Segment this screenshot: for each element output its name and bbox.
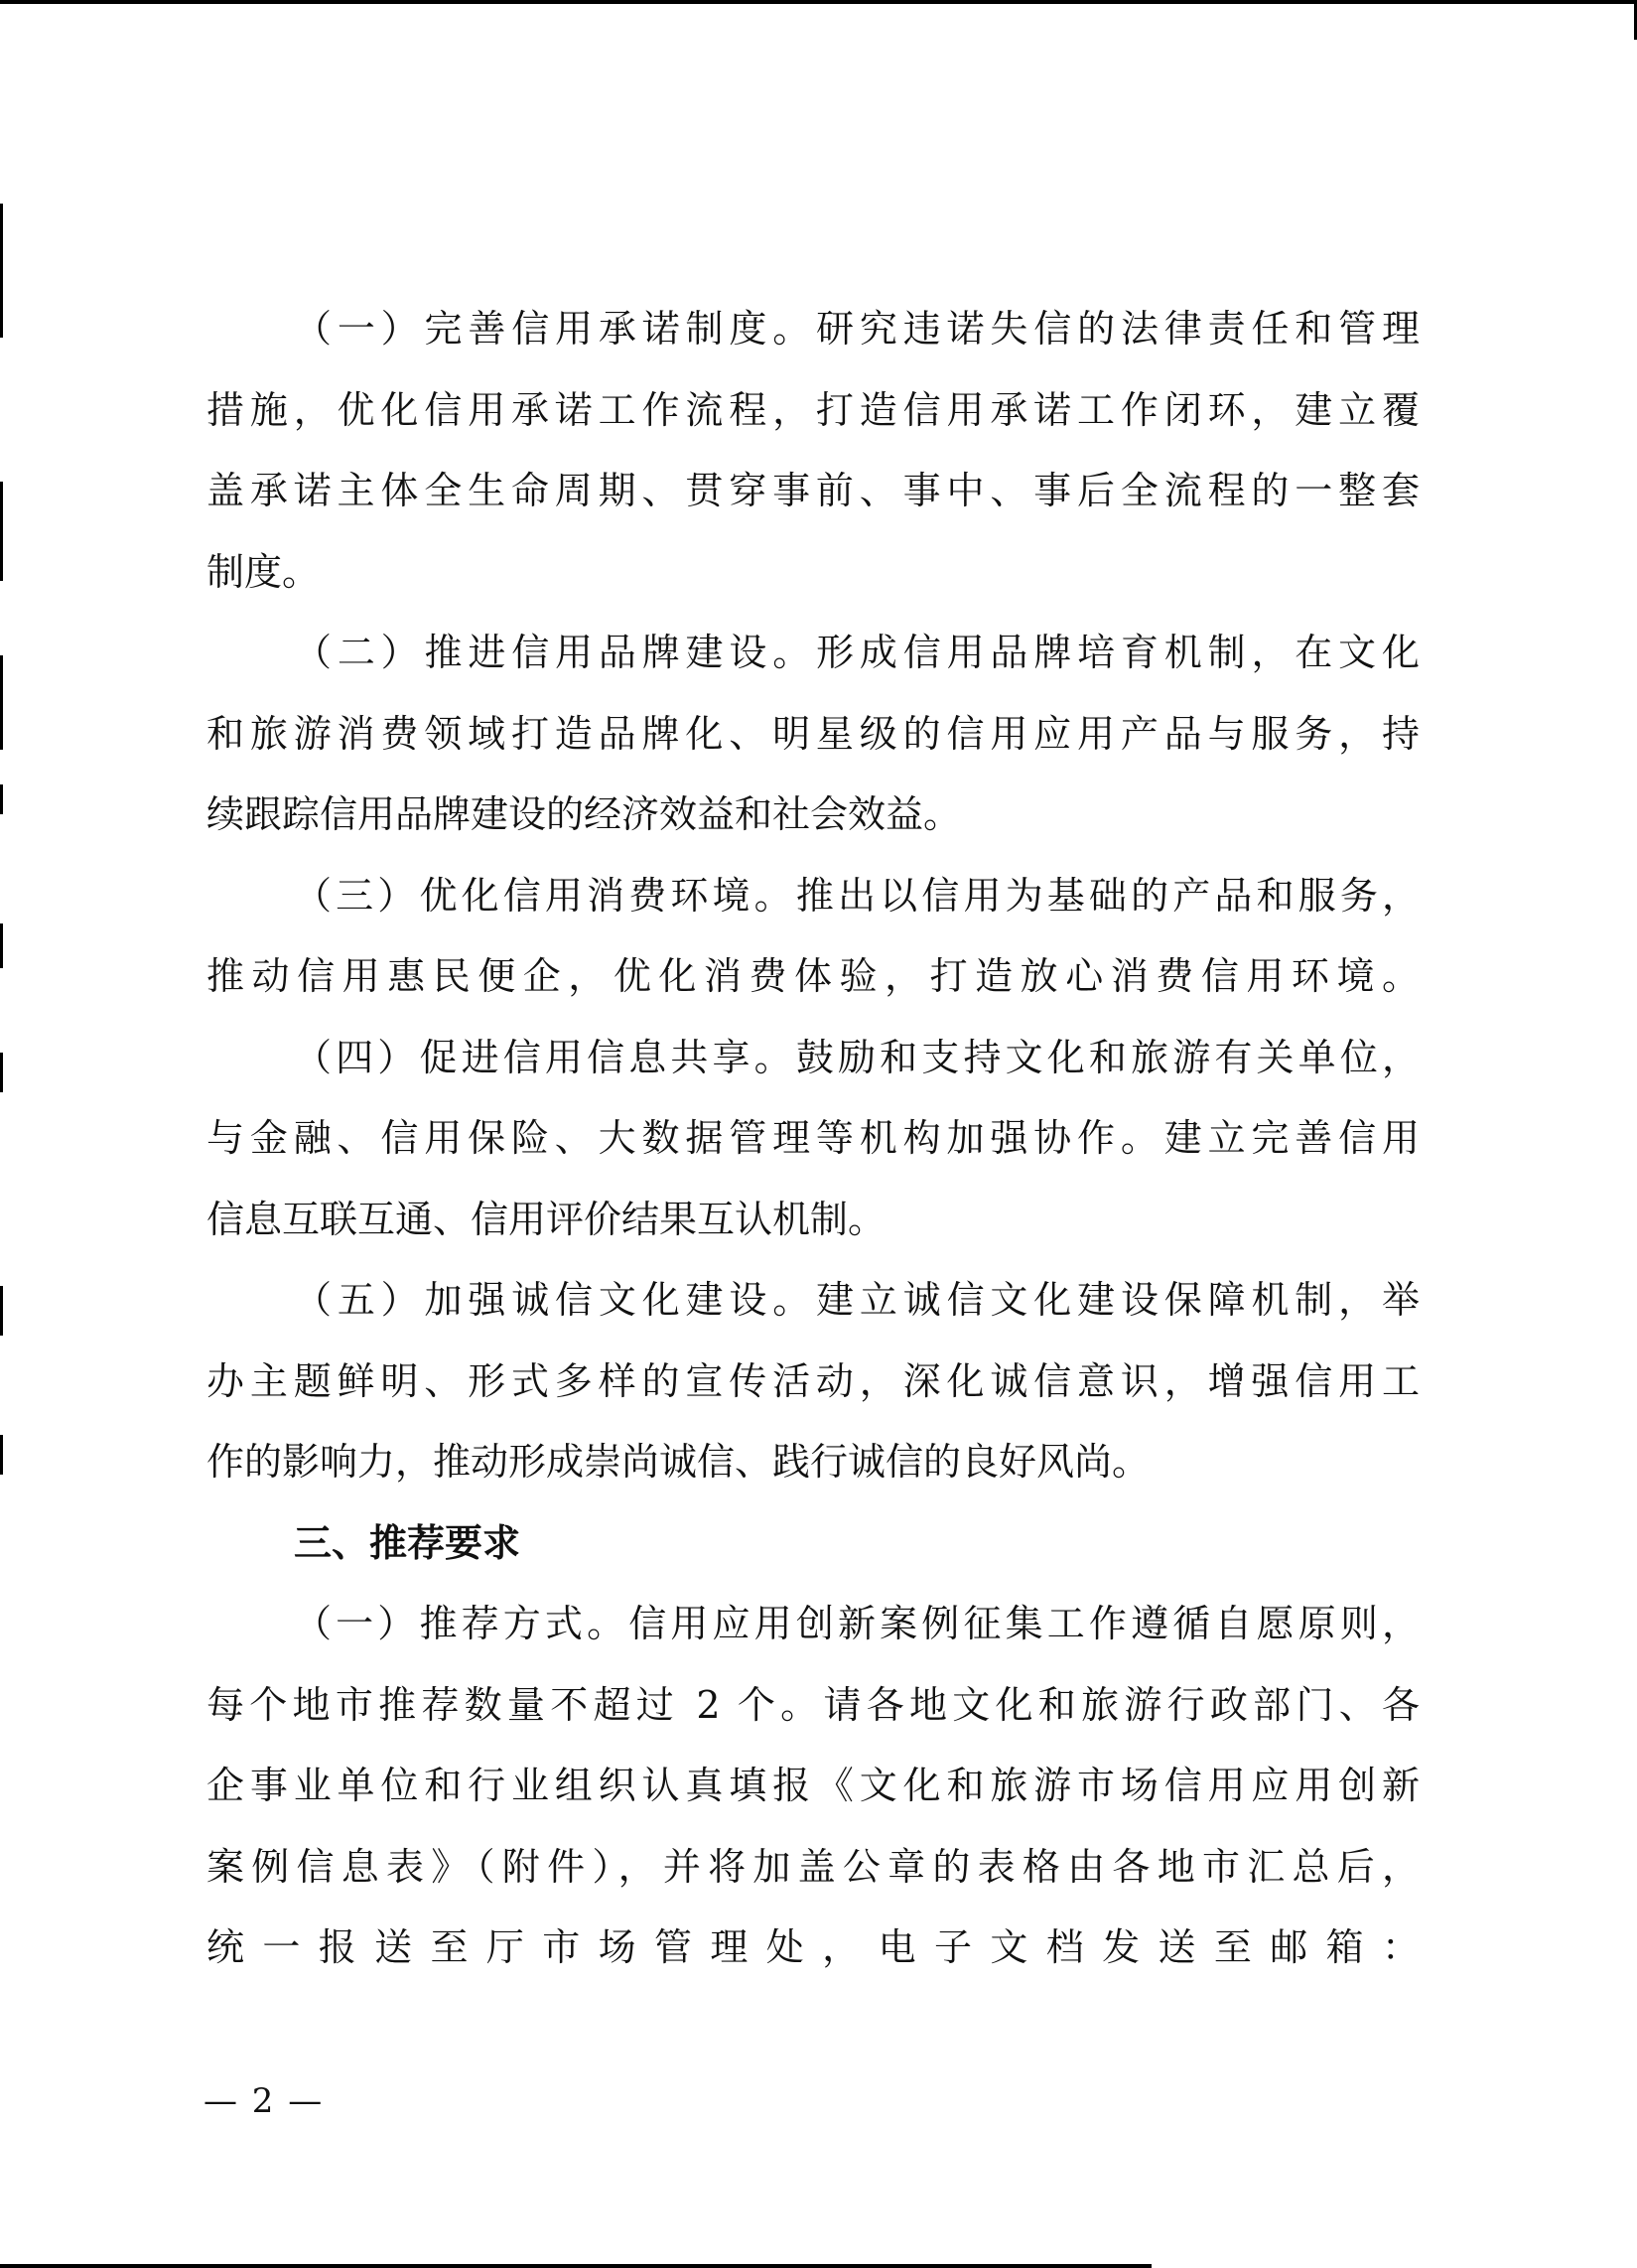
scan-edge-mark [0, 482, 3, 581]
scan-border-bottom [0, 2264, 1152, 2268]
text-line: 盖承诺主体全生命周期、贯穿事前、事中、事后全流程的一整套 [206, 460, 1420, 541]
scan-edge-mark [0, 1435, 3, 1475]
paragraph-credit-brand: （二）推进信用品牌建设。形成信用品牌培育机制，在文化 和旅游消费领域打造品牌化、… [206, 622, 1420, 865]
section-heading: 三、推荐要求 [206, 1512, 1420, 1594]
text-line: （一）完善信用承诺制度。研究违诺失信的法律责任和管理 [206, 298, 1420, 379]
paragraph-credit-commitment: （一）完善信用承诺制度。研究违诺失信的法律责任和管理 措施，优化信用承诺工作流程… [206, 298, 1420, 622]
text-line: 办主题鲜明、形式多样的宣传活动，深化诚信意识，增强信用工 [206, 1350, 1420, 1432]
text-line: 案例信息表》（附件），并将加盖公章的表格由各地市汇总后， [206, 1836, 1420, 1917]
page-number: — 2 — [204, 2081, 324, 2121]
paragraph-recommendation-method: （一）推荐方式。信用应用创新案例征集工作遵循自愿原则， 每个地市推荐数量不超过 … [206, 1593, 1420, 1998]
scan-edge-mark [0, 784, 3, 814]
text-line: 措施，优化信用承诺工作流程，打造信用承诺工作闭环，建立覆 [206, 379, 1420, 461]
paragraph-credit-info-sharing: （四）促进信用信息共享。鼓励和支持文化和旅游有关单位， 与金融、信用保险、大数据… [206, 1027, 1420, 1270]
text-line: （五）加强诚信文化建设。建立诚信文化建设保障机制，举 [206, 1269, 1420, 1350]
text-line: 与金融、信用保险、大数据管理等机构加强协作。建立完善信用 [206, 1107, 1420, 1189]
text-line: 信息互联互通、信用评价结果互认机制。 [206, 1189, 1420, 1270]
paragraph-credit-consumption: （三）优化信用消费环境。推出以信用为基础的产品和服务， 推动信用惠民便企，优化消… [206, 865, 1420, 1027]
text-line: 制度。 [206, 541, 1420, 623]
text-line: 作的影响力，推动形成崇尚诚信、践行诚信的良好风尚。 [206, 1431, 1420, 1512]
text-line: 和旅游消费领域打造品牌化、明星级的信用应用产品与服务，持 [206, 703, 1420, 784]
text-line: 每个地市推荐数量不超过 2 个。请各地文化和旅游行政部门、各 [206, 1674, 1420, 1756]
scan-edge-mark [0, 1286, 3, 1336]
text-line: （二）推进信用品牌建设。形成信用品牌培育机制，在文化 [206, 622, 1420, 703]
text-line: （一）推荐方式。信用应用创新案例征集工作遵循自愿原则， [206, 1593, 1420, 1674]
text-line: 统一报送至厅市场管理处，电子文档发送至邮箱： [206, 1916, 1420, 1998]
text-line: 续跟踪信用品牌建设的经济效益和社会效益。 [206, 783, 1420, 865]
text-line: （三）优化信用消费环境。推出以信用为基础的产品和服务， [206, 865, 1420, 946]
scan-edge-mark [0, 655, 3, 750]
text-line: 企事业单位和行业组织认真填报《文化和旅游市场信用应用创新 [206, 1755, 1420, 1836]
text-line: 推动信用惠民便企，优化消费体验，打造放心消费信用环境。 [206, 945, 1420, 1027]
scan-edge-mark [0, 923, 3, 968]
scan-edge-mark [0, 204, 3, 338]
paragraph-integrity-culture: （五）加强诚信文化建设。建立诚信文化建设保障机制，举 办主题鲜明、形式多样的宣传… [206, 1269, 1420, 1512]
scan-border-top [0, 0, 1637, 4]
document-body: （一）完善信用承诺制度。研究违诺失信的法律责任和管理 措施，优化信用承诺工作流程… [206, 298, 1420, 1998]
scan-edge-mark [0, 1053, 3, 1092]
text-line: （四）促进信用信息共享。鼓励和支持文化和旅游有关单位， [206, 1027, 1420, 1108]
